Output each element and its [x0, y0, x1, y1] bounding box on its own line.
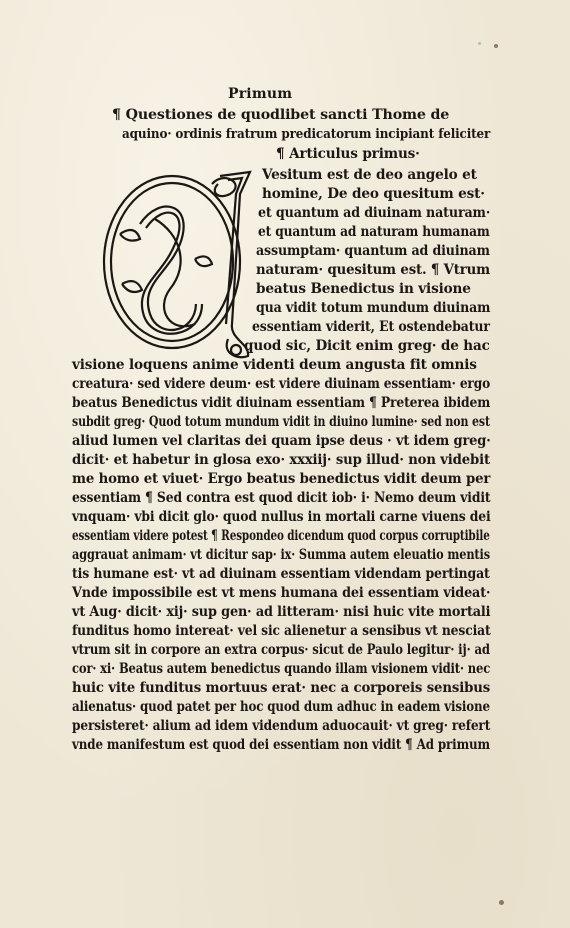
initial-line: assumptam· quantum ad diuinam — [256, 242, 490, 261]
paper-foxing-spot — [478, 42, 481, 45]
article-heading: ¶ Articulus primus· — [276, 145, 420, 164]
paper-foxing-spot — [494, 44, 498, 48]
body-line: vnde manifestum est quod dei essentiam n… — [72, 736, 490, 755]
body-line: visione loquens anime videnti deum angus… — [72, 356, 477, 375]
body-line: aggrauat animam· vt dicitur sap· ix· Sum… — [72, 546, 490, 565]
body-line: aliud lumen vel claritas dei quam ipse d… — [72, 432, 491, 451]
body-line: creatura· sed videre deum· est videre di… — [72, 375, 490, 394]
initial-line: homine, De deo quesitum est· — [262, 185, 485, 204]
initial-line: qua vidit totum mundum diuinam — [256, 299, 490, 318]
title-line: ¶ Questiones de quodlibet sancti Thome d… — [112, 106, 449, 125]
body-line: vtrum sit in corpore an extra corpus· si… — [72, 641, 490, 660]
initial-line: beatus Benedictus in visione — [256, 280, 471, 299]
body-line: tis humane est· vt ad diuinam essentiam … — [72, 565, 490, 584]
running-head: Primum — [228, 86, 292, 102]
title-line: aquino· ordinis fratrum predicatorum inc… — [122, 125, 490, 144]
body-line: alienatus· quod patet per hoc quod dum a… — [72, 698, 490, 717]
initial-line: Vesitum est de deo angelo et — [262, 166, 477, 185]
body-line: essentiam ¶ Sed contra est quod dicit io… — [72, 489, 490, 508]
initial-line: essentiam viderit, Et ostendebatur — [252, 318, 490, 337]
initial-line: naturam· quesitum est. ¶ Vtrum — [256, 261, 490, 280]
body-line: persisteret· alium ad idem videndum aduo… — [72, 717, 490, 736]
body-line: vt Aug· dicit· xij· sup gen· ad litteram… — [72, 603, 490, 622]
body-line: dicit· et habetur in glosa exo· xxxiij· … — [72, 451, 490, 470]
book-page: Primum ¶ Questiones de quodlibet sancti … — [0, 0, 570, 928]
body-line: vnquam· vbi dicit glo· quod nullus in mo… — [72, 508, 491, 527]
body-line: funditus homo intereat· vel sic alienetu… — [72, 622, 491, 641]
paper-foxing-spot — [499, 900, 504, 905]
decorated-initial-q-icon — [100, 164, 260, 360]
body-line: cor· xi· Beatus autem benedictus quando … — [72, 660, 490, 679]
body-line: huic vite funditus mortuus erat· nec a c… — [72, 679, 490, 698]
body-line: subdit greg· Quod totum mundum vidit in … — [72, 413, 490, 432]
initial-line: et quantum ad diuinam naturam· — [258, 204, 490, 223]
body-line: me homo et viuet· Ergo beatus benedictus… — [72, 470, 490, 489]
initial-line: et quantum ad naturam humanam — [258, 223, 490, 242]
body-line: beatus Benedictus vidit diuinam essentia… — [72, 394, 490, 413]
body-line: Vnde impossibile est vt mens humana dei … — [72, 584, 490, 603]
initial-line: quod sic, Dicit enim greg· de hac — [244, 337, 490, 356]
body-line: essentiam videre potest ¶ Respondeo dice… — [72, 527, 490, 546]
